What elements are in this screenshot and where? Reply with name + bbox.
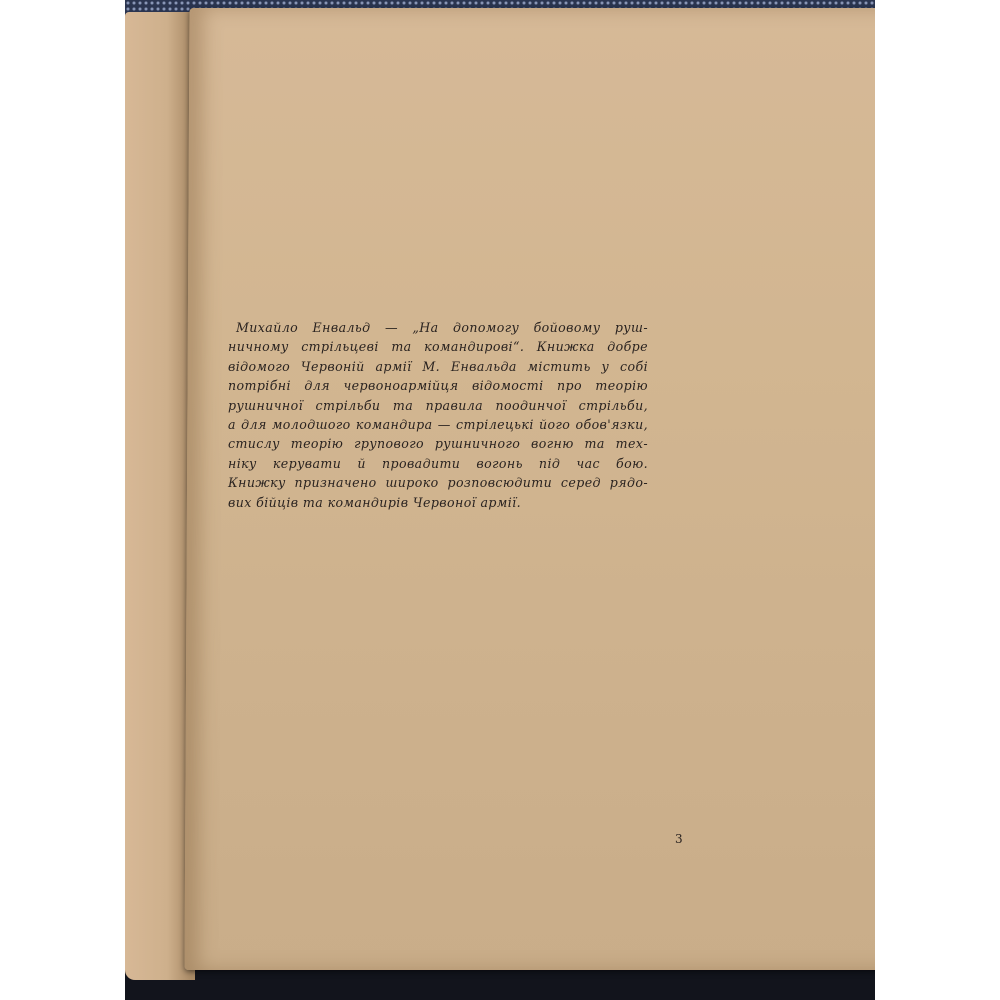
text-line: потрібні для червоноармійця відомості пр…	[228, 376, 648, 395]
text-line: стислу теорію групового рушничного вогню…	[228, 434, 648, 453]
text-line: Михайло Енвальд — „На допомогу бойовому …	[228, 318, 648, 337]
text-line: ничному стрільцеві та командирові“. Книж…	[228, 337, 648, 356]
text-line: ніку керувати й провадити вогонь під час…	[228, 454, 648, 473]
text-line: вих бійців та командирів Червоної армії.	[228, 493, 648, 512]
page-number: 3	[675, 832, 683, 846]
text-line: відомого Червоній армії М. Енвальда міст…	[228, 357, 648, 376]
book-description: Михайло Енвальд — „На допомогу бойовому …	[228, 318, 648, 512]
text-line: рушничної стрільби та правила поодинчої …	[228, 396, 648, 415]
text-line: Книжку призначено широко розповсюдити се…	[228, 473, 648, 492]
text-line: а для молодшого командира — стрілецькі й…	[228, 415, 648, 434]
